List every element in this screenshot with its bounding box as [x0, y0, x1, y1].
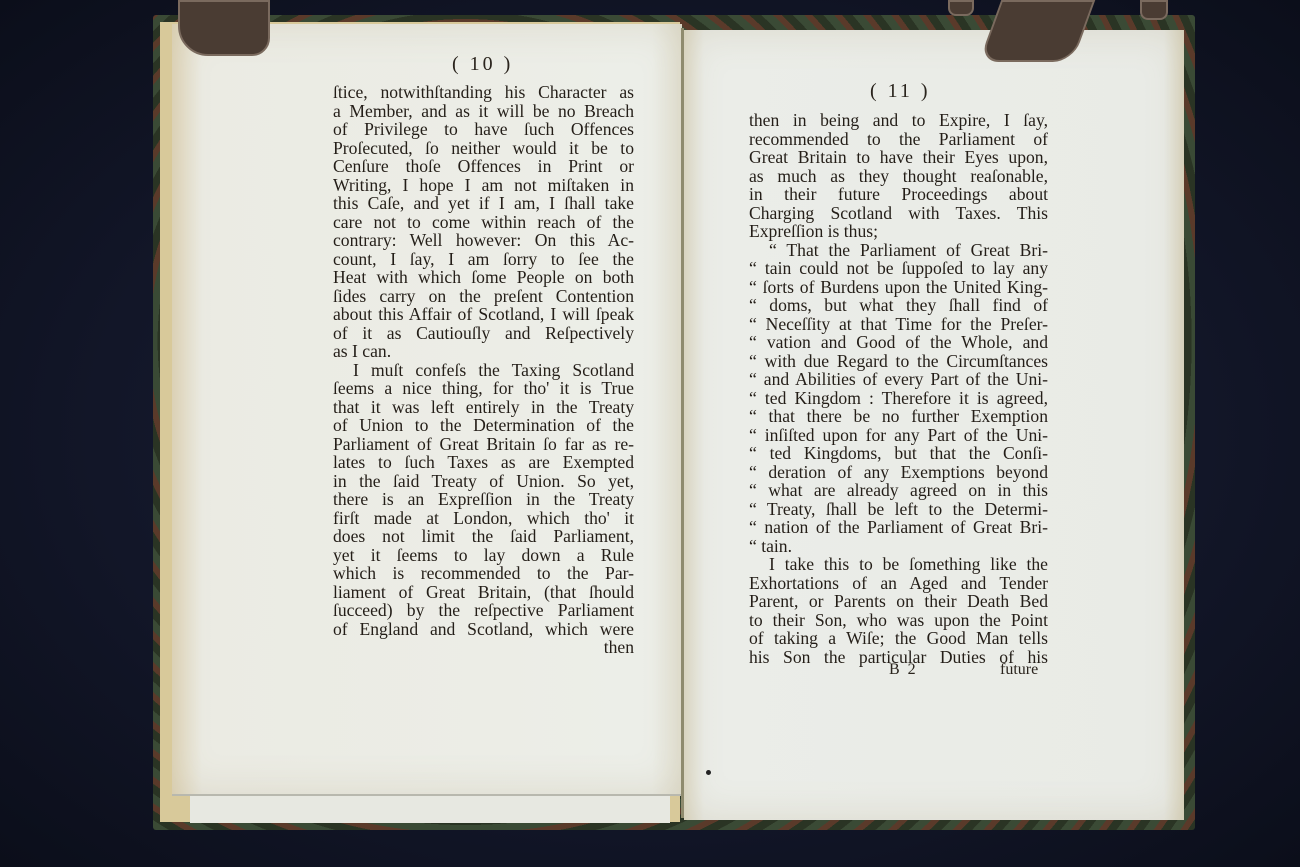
page-number-left: ( 10 ) — [452, 53, 513, 76]
text-line: count, I ſay, I am ſorry to ſee the — [333, 250, 634, 269]
right-page-text: then in being and to Expire, I ſay,recom… — [749, 111, 1048, 666]
text-line: Writing, I hope I am not miſtaken in — [333, 176, 634, 195]
text-line: recommended to the Parliament of — [749, 130, 1048, 149]
text-line: Parent, or Parents on their Death Bed — [749, 592, 1048, 611]
text-line: yet it ſeems to lay down a Rule — [333, 546, 634, 565]
text-line: Proſecuted, ſo neither would it be to — [333, 139, 634, 158]
text-line: “ what are already agreed on in this — [749, 481, 1048, 500]
text-line: Charging Scotland with Taxes. This — [749, 204, 1048, 223]
text-line: contrary: Well however: On this Ac- — [333, 231, 634, 250]
text-line: Parliament of Great Britain ſo far as re… — [333, 435, 634, 454]
text-line: firſt made at London, which tho' it — [333, 509, 634, 528]
text-line: ſides carry on the preſent Contention — [333, 287, 634, 306]
text-line: that it was left entirely in the Treaty — [333, 398, 634, 417]
text-line: I muſt confeſs the Taxing Scotland — [333, 361, 634, 380]
text-line: about this Affair of Scotland, I will ſp… — [333, 305, 634, 324]
text-line: then in being and to Expire, I ſay, — [749, 111, 1048, 130]
catchword: future — [1000, 661, 1038, 679]
text-line: ſucceed) by the reſpective Parliament — [333, 601, 634, 620]
text-line: of Union to the Determination of the — [333, 416, 634, 435]
left-clasp-icon — [178, 0, 270, 56]
text-line: there is an Expreſſion in the Treaty — [333, 490, 634, 509]
text-line: “ That the Parliament of Great Bri- — [749, 241, 1048, 260]
text-line: “ that there be no further Exemption — [749, 407, 1048, 426]
text-line: to their Son, who was upon the Point — [749, 611, 1048, 630]
text-line: “ inſiſted upon for any Part of the Uni- — [749, 426, 1048, 445]
text-line: then — [333, 638, 634, 657]
text-line: lates to ſuch Taxes as are Exempted — [333, 453, 634, 472]
text-line: “ with due Regard to the Circumſtances — [749, 352, 1048, 371]
text-line: of taking a Wiſe; the Good Man tells — [749, 629, 1048, 648]
text-line: as I can. — [333, 342, 634, 361]
left-page-text: ſtice, notwithſtanding his Character asa… — [333, 83, 634, 657]
text-line: “ tain. — [749, 537, 1048, 556]
text-line: Expreſſion is thus; — [749, 222, 1048, 241]
text-line: “ ſorts of Burdens upon the United King- — [749, 278, 1048, 297]
clasp-tip-icon — [948, 0, 974, 16]
text-line: “ tain could not be ſuppoſed to lay any — [749, 259, 1048, 278]
text-line: “ and Abilities of every Part of the Uni… — [749, 370, 1048, 389]
text-line: does not limit the ſaid Parliament, — [333, 527, 634, 546]
text-line: Exhortations of an Aged and Tender — [749, 574, 1048, 593]
text-line: ſeems a nice thing, for tho' it is True — [333, 379, 634, 398]
text-line: “ Neceſſity at that Time for the Preſer- — [749, 315, 1048, 334]
text-line: of England and Scotland, which were — [333, 620, 634, 639]
text-line: of it as Cautiouſly and Reſpectively — [333, 324, 634, 343]
text-line: “ Treaty, ſhall be left to the Determi- — [749, 500, 1048, 519]
text-line: “ ted Kingdoms, but that the Conſi- — [749, 444, 1048, 463]
text-line: of Privilege to have ſuch Offences — [333, 120, 634, 139]
text-line: “ vation and Good of the Whole, and — [749, 333, 1048, 352]
text-line: “ doms, but what they ſhall find of — [749, 296, 1048, 315]
text-line: in the ſaid Treaty of Union. So yet, — [333, 472, 634, 491]
signature-mark: B 2 — [889, 661, 918, 679]
ink-spot — [706, 770, 711, 775]
text-line: a Member, and as it will be no Breach — [333, 102, 634, 121]
text-line: “ ted Kingdom : Therefore it is agreed, — [749, 389, 1048, 408]
text-line: which is recommended to the Par- — [333, 564, 634, 583]
text-line: Great Britain to have their Eyes upon, — [749, 148, 1048, 167]
text-line: this Caſe, and yet if I am, I ſhall take — [333, 194, 634, 213]
text-line: I take this to be ſomething like the — [749, 555, 1048, 574]
clasp-tip-icon — [1140, 0, 1168, 20]
text-line: care not to come within reach of the — [333, 213, 634, 232]
text-line: Cenſure thoſe Offences in Print or — [333, 157, 634, 176]
text-line: Heat with which ſome People on both — [333, 268, 634, 287]
text-line: liament of Great Britain, (that ſhould — [333, 583, 634, 602]
text-line: in their future Proceedings about — [749, 185, 1048, 204]
page-number-right: ( 11 ) — [870, 80, 931, 103]
book-gutter — [681, 28, 684, 818]
text-line: “ deration of any Exemptions beyond — [749, 463, 1048, 482]
text-line: as much as they thought reaſonable, — [749, 167, 1048, 186]
text-line: “ nation of the Parliament of Great Bri- — [749, 518, 1048, 537]
text-line: ſtice, notwithſtanding his Character as — [333, 83, 634, 102]
